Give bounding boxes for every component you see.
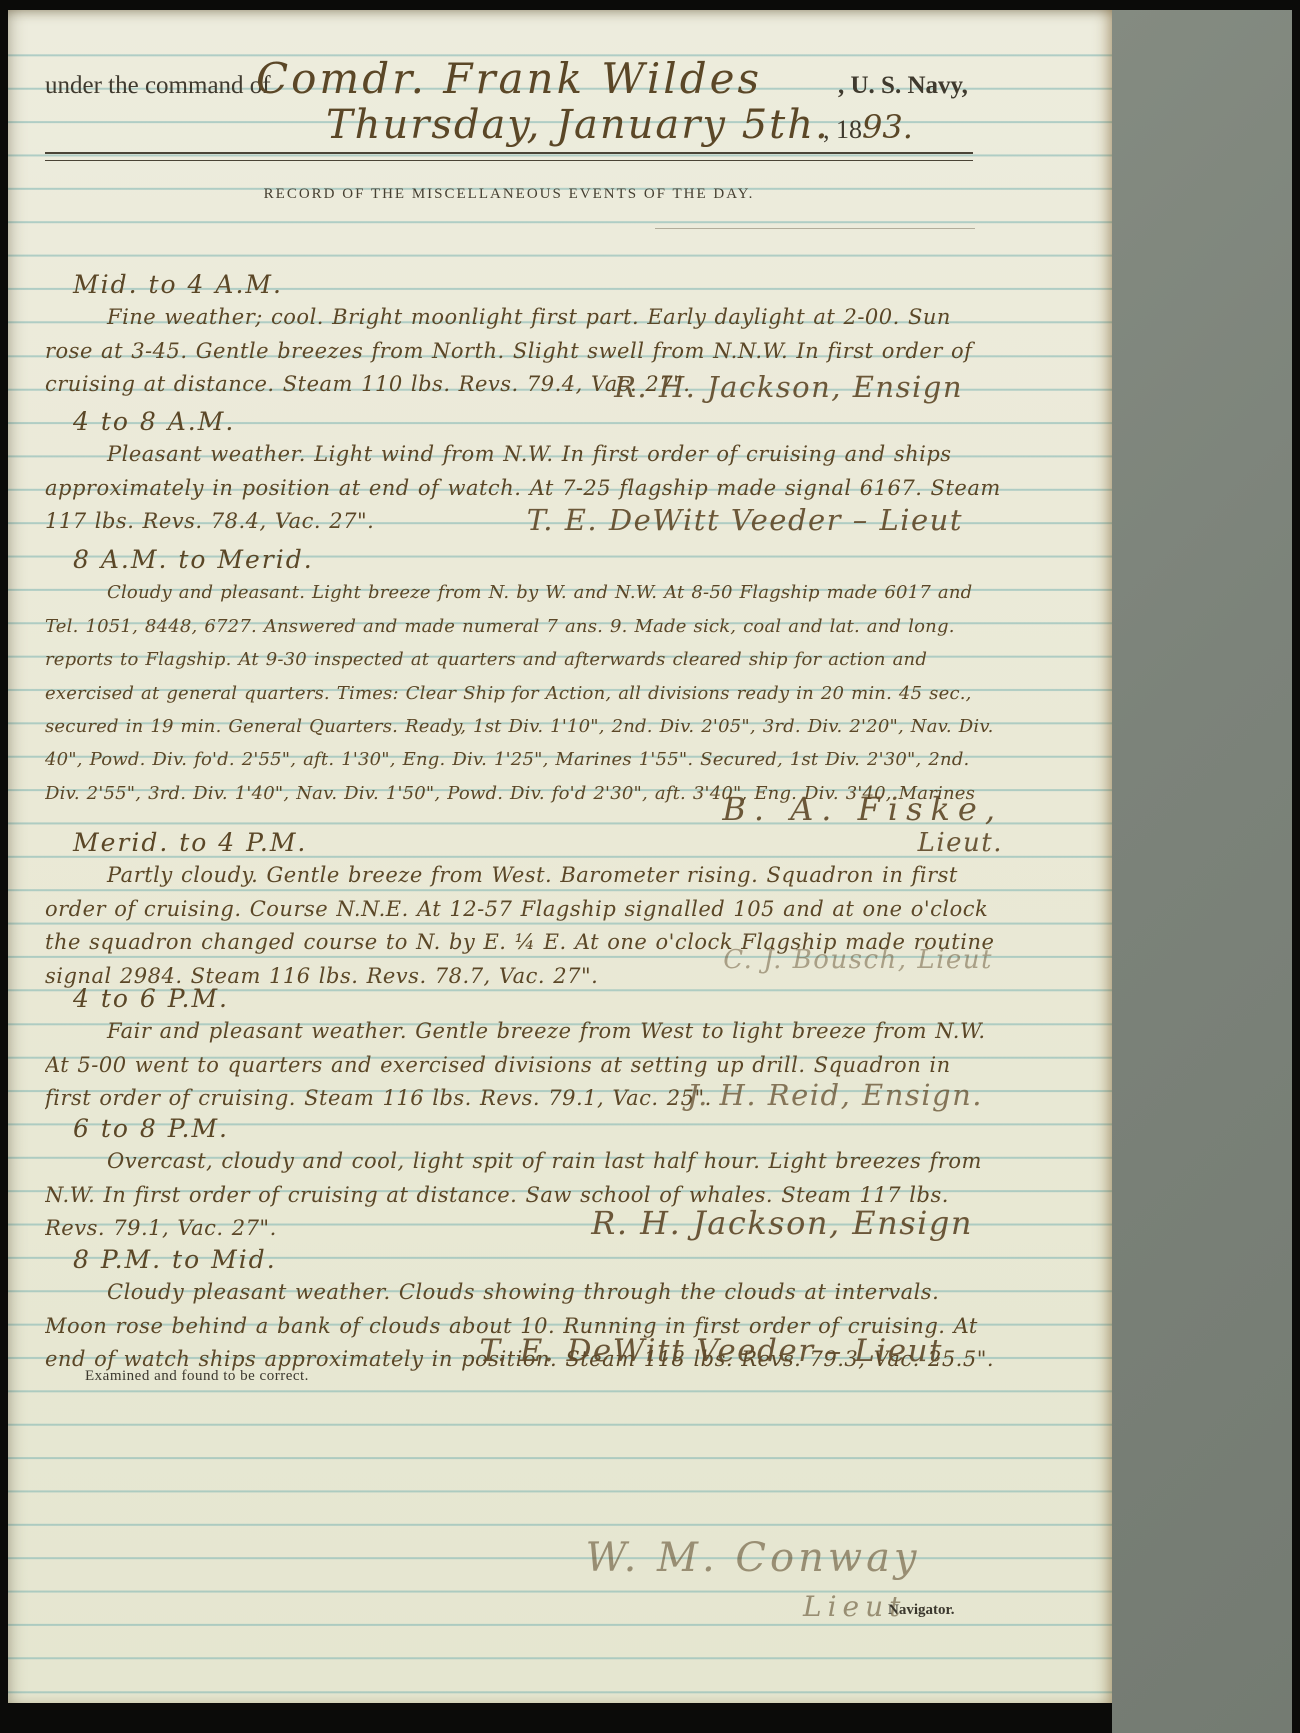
record-caption: RECORD OF THE MISCELLANEOUS EVENTS OF TH… xyxy=(45,186,973,203)
faint-rule xyxy=(655,228,975,229)
examined-note: Examined and found to be correct. xyxy=(85,1368,309,1385)
watch-signature: J. H. Reid, Ensign. xyxy=(687,1078,983,1112)
logbook-scan: { "colors": { "page_cream": "#eae9d7", "… xyxy=(0,0,1300,1733)
commander-name-handwritten: Comdr. Frank Wildes xyxy=(256,54,762,103)
header-double-rule xyxy=(45,152,973,161)
watch-signature: B. A. Fiske, xyxy=(722,790,1003,828)
command-prefix-label: under the command of xyxy=(45,72,271,100)
watch-heading: Mid. to 4 A.M. xyxy=(73,268,1003,301)
watch-heading: 4 to 6 P.M. xyxy=(73,982,1003,1015)
logbook-page: under the command of Comdr. Frank Wildes… xyxy=(8,10,1112,1703)
watch-body: Cloudy and pleasant. Light breeze from N… xyxy=(45,576,1003,811)
navigator-label: Navigator. xyxy=(888,1602,955,1619)
watch-heading: 6 to 8 P.M. xyxy=(73,1112,1003,1145)
watch-heading: 8 A.M. to Merid. xyxy=(73,543,1003,576)
log-entry-8pm-to-mid: 8 P.M. to Mid. Cloudy pleasant weather. … xyxy=(45,1243,1003,1377)
log-entry-4-to-8am: 4 to 8 A.M. Pleasant weather. Light wind… xyxy=(45,405,1003,539)
watch-heading: 4 to 8 A.M. xyxy=(73,405,1003,438)
year-printed: , 18 xyxy=(823,115,862,144)
log-entry-8am-to-merid: 8 A.M. to Merid. Cloudy and pleasant. Li… xyxy=(45,543,1003,811)
log-entry-6-to-8pm: 6 to 8 P.M. Overcast, cloudy and cool, l… xyxy=(45,1112,1003,1246)
log-entry-mid-to-4am: Mid. to 4 A.M. Fine weather; cool. Brigh… xyxy=(45,268,1003,402)
watch-heading: 8 P.M. to Mid. xyxy=(73,1243,1003,1276)
watch-signature: C. J. Bousch, Lieut xyxy=(723,945,993,975)
navigator-signature: W. M. Conway xyxy=(568,1535,938,1581)
log-entry-4-to-6pm: 4 to 6 P.M. Fair and pleasant weather. G… xyxy=(45,982,1003,1116)
date-handwritten: Thursday, January 5th. xyxy=(326,102,830,148)
watch-signature: T. E. DeWitt Veeder – Lieut xyxy=(479,1333,943,1369)
year-line: , 1893. xyxy=(823,108,913,146)
watch-signature: R. H. Jackson, Ensign xyxy=(591,1204,973,1242)
log-entry-merid-to-4pm: Merid. to 4 P.M. Partly cloudy. Gentle b… xyxy=(45,826,1003,993)
watch-signature: T. E. DeWitt Veeder – Lieut xyxy=(527,503,963,537)
book-backing-page xyxy=(1112,10,1292,1733)
watch-heading: Merid. to 4 P.M. xyxy=(73,826,1003,859)
year-handwritten: 93. xyxy=(862,108,913,146)
watch-signature: R. H. Jackson, Ensign xyxy=(614,370,963,404)
navy-suffix-label: , U. S. Navy, xyxy=(838,72,968,100)
